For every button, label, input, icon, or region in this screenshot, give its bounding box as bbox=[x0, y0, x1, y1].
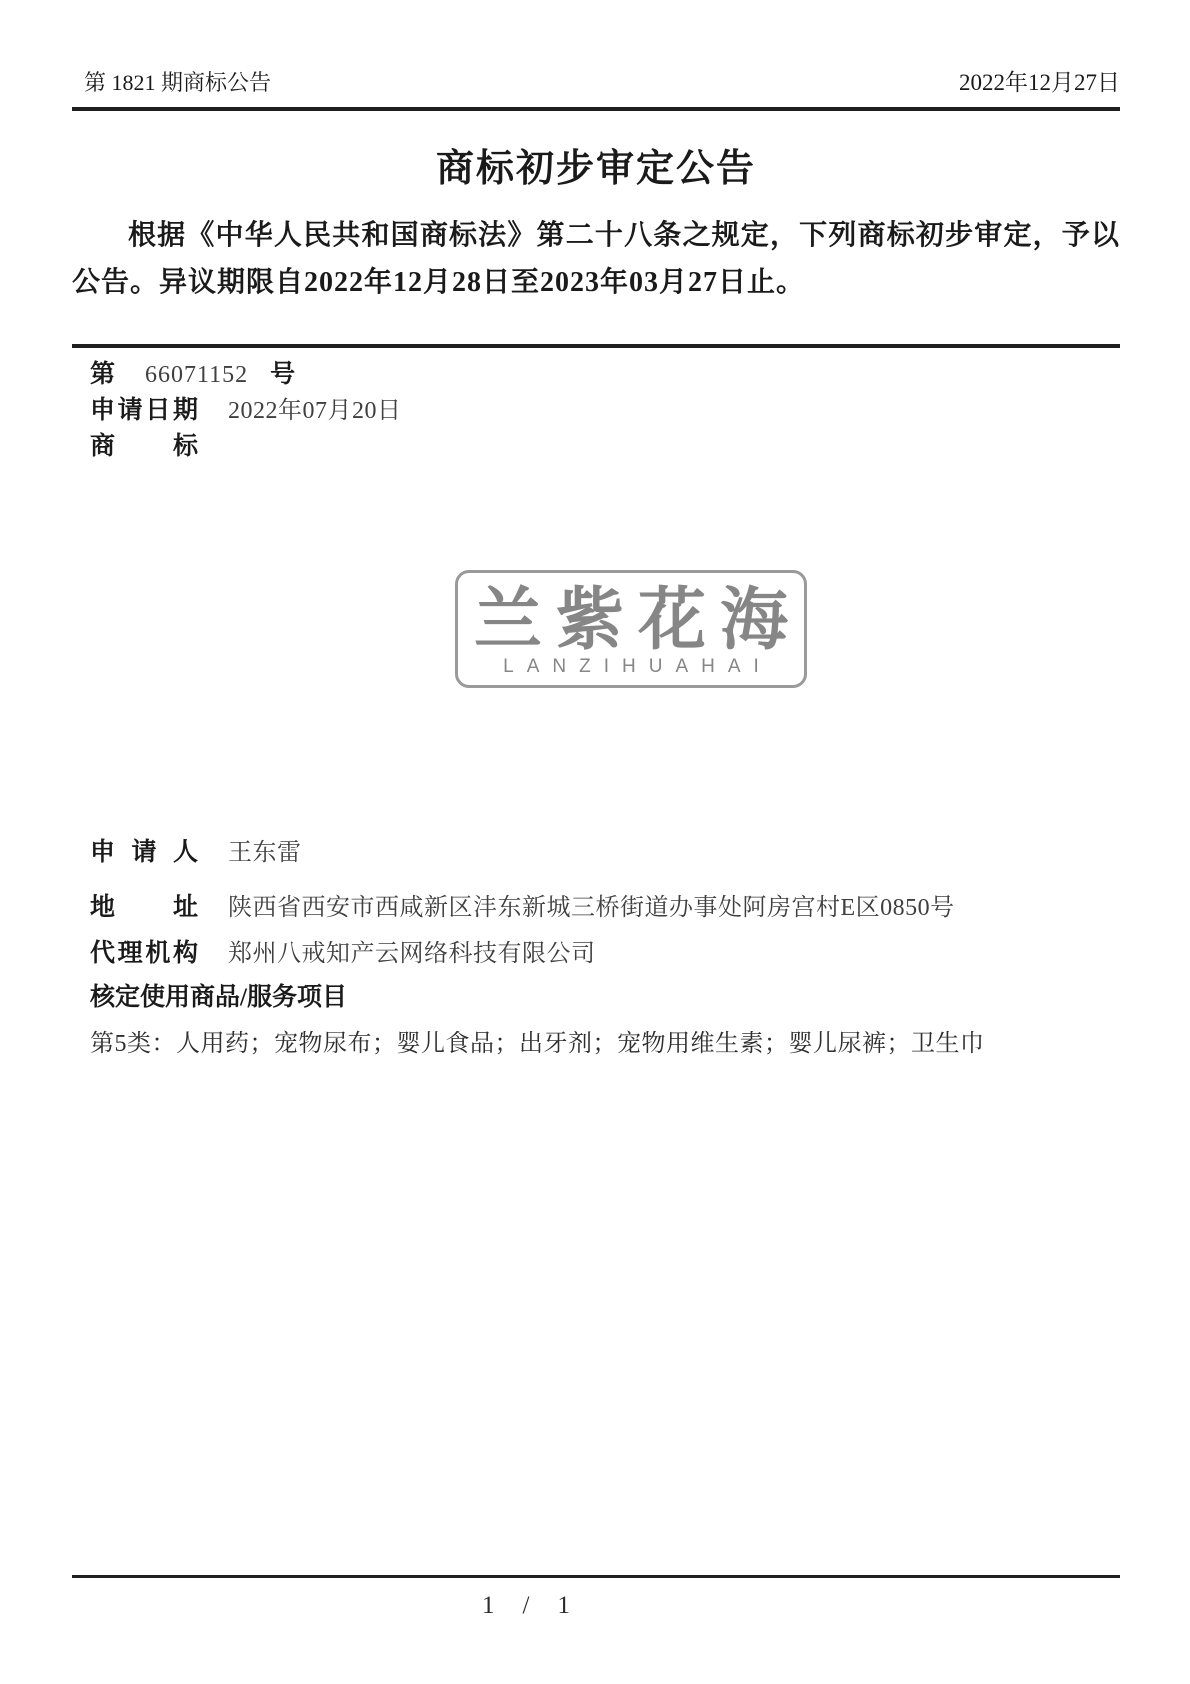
trademark-label: 商标 bbox=[90, 432, 198, 462]
agency-row: 代理机构 郑州八戒知产云网络科技有限公司 bbox=[90, 939, 1120, 969]
application-date-label: 申请日期 bbox=[90, 396, 198, 426]
agency-value: 郑州八戒知产云网络科技有限公司 bbox=[228, 939, 596, 969]
page-title: 商标初步审定公告 bbox=[72, 137, 1120, 192]
header-date: 2022年12月27日 bbox=[959, 64, 1120, 97]
address-label: 地址 bbox=[90, 893, 198, 923]
trademark-label-row: 商标 bbox=[90, 432, 1120, 462]
page-number-separator: / bbox=[523, 1592, 530, 1619]
application-date-row: 申请日期 2022年07月20日 bbox=[90, 396, 1120, 426]
reg-no-prefix: 第 bbox=[90, 360, 115, 390]
trademark-image: 兰紫花海 LANZIHUAHAI bbox=[455, 570, 807, 688]
reg-no-suffix: 号 bbox=[270, 360, 295, 390]
applicant-value: 王东雷 bbox=[228, 838, 302, 868]
trademark-latin-text: LANZIHUAHAI bbox=[503, 655, 772, 679]
registration-number-row: 第 66071152 号 bbox=[90, 360, 1120, 390]
applicant-label: 申请人 bbox=[90, 838, 198, 868]
trademark-cn-text: 兰紫花海 bbox=[474, 585, 802, 655]
application-date-value: 2022年07月20日 bbox=[228, 396, 402, 426]
address-row: 地址 陕西省西安市西咸新区沣东新城三桥街道办事处阿房宫村E区0850号 bbox=[90, 893, 1120, 923]
page-number-total: 1 bbox=[557, 1592, 570, 1619]
document-page: 第 1821 期商标公告 2022年12月27日 商标初步审定公告 根据《中华人… bbox=[0, 0, 1190, 1684]
address-value: 陕西省西安市西咸新区沣东新城三桥街道办事处阿房宫村E区0850号 bbox=[228, 893, 955, 923]
footer-divider bbox=[72, 1575, 1120, 1578]
page-number: 1/1 bbox=[72, 1592, 1120, 1620]
goods-items-line: 第5类：人用药；宠物尿布；婴儿食品；出牙剂；宠物用维生素；婴儿尿裤；卫生巾 bbox=[90, 1029, 1120, 1059]
reg-no-value: 66071152 bbox=[145, 360, 248, 390]
agency-label: 代理机构 bbox=[90, 939, 198, 969]
section-divider bbox=[72, 344, 1120, 348]
intro-paragraph: 根据《中华人民共和国商标法》第二十八条之规定，下列商标初步审定，予以公告。异议期… bbox=[72, 212, 1120, 306]
page-number-current: 1 bbox=[482, 1592, 495, 1619]
header-issue: 第 1821 期商标公告 bbox=[84, 66, 271, 97]
applicant-row: 申请人 王东雷 bbox=[90, 838, 1120, 868]
page-header: 第 1821 期商标公告 2022年12月27日 bbox=[72, 0, 1120, 111]
goods-heading: 核定使用商品/服务项目 bbox=[90, 983, 1120, 1013]
registration-fields: 第 66071152 号 申请日期 2022年07月20日 商标 兰紫花海 LA… bbox=[72, 360, 1120, 969]
